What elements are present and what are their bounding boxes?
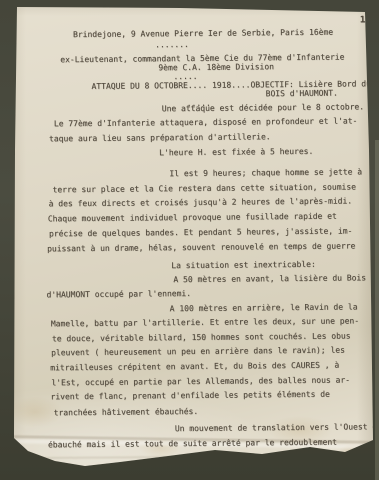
photograph-of-document: 1 Brindejone, 9 Avenue Pierre Ier de Ser… [0, 0, 379, 480]
document-line: BOIS d'HAUMONT. [266, 89, 338, 99]
document-lines: Brindejone, 9 Avenue Pierre Ier de Serbi… [0, 0, 377, 2]
document-line: puissant à un drame, hélas, souvent reno… [47, 241, 355, 253]
document-line: Un mouvement de translation vers l'Ouest… [175, 422, 379, 433]
document-line: rivent de flanc, prenant d'enfilade les … [50, 390, 329, 402]
document-paper: 1 Brindejone, 9 Avenue Pierre Ier de Ser… [0, 0, 379, 480]
page-number: 1 [360, 15, 366, 25]
document-line: taque aura lieu sans préparation d'artil… [49, 132, 271, 143]
document-line: 9ème C.A. 18ème Division [158, 62, 274, 72]
document-line: L'heure H. est fixée à 5 heures. [159, 147, 313, 157]
document-line: Mamelle, battu par l'artillerie. Et entr… [51, 316, 359, 328]
document-line: Une attaque est décidée pour le 8 octobr… [162, 102, 364, 113]
document-line: Chaque mouvement individuel provoque une… [48, 212, 337, 224]
document-line: ébauché mais il est tout de suite arrêté… [48, 438, 337, 450]
document-line: ....... [155, 40, 189, 49]
document-line: A 50 mètres en avant, la lisière du Bois [173, 273, 366, 284]
document-line: A 100 mètres en arrière, le Ravin de la [170, 302, 358, 313]
document-line: terre sur place et la Cie restera dans c… [52, 182, 356, 194]
text-layer: 1 Brindejone, 9 Avenue Pierre Ier de Ser… [0, 0, 379, 480]
document-line: te douce, véritable billard, 150 hommes … [52, 331, 351, 343]
document-line: précise de quelques bandes. Et pendant 5… [49, 226, 353, 238]
document-line: Brindejone, 9 Avenue Pierre Ier de Serbi… [73, 28, 333, 39]
document-line: l'Est, occupé en partie par les Allemand… [51, 375, 350, 387]
document-line: à des feux directs et croisés jusqu'à 2 … [49, 196, 353, 208]
document-line: ..... [173, 72, 197, 81]
document-line: Le 77ème d'Infanterie attaquera, disposé… [54, 116, 358, 128]
photo-edge-strip [375, 140, 379, 480]
document-line: pleuvent ( heureusement un peu en arrièr… [51, 346, 345, 358]
document-line: Il est 9 heures; chaque homme se jette à [169, 167, 362, 178]
document-line: d'HAUMONT occupé par l'ennemi. [46, 289, 191, 299]
document-line: La situation est inextricable: [171, 260, 316, 270]
document-line: tranchées hâtivement ébauchés. [54, 407, 199, 417]
document-line: mitrailleuses crépitent en avant. Et, du… [50, 361, 339, 373]
